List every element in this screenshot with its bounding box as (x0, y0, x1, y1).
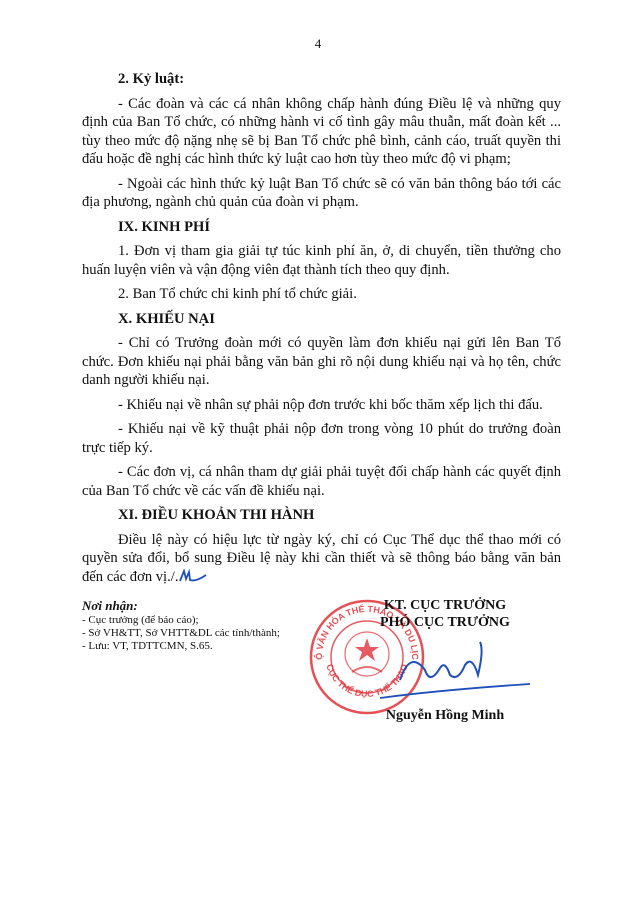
paragraph: - Các đoàn và các cá nhân không chấp hàn… (82, 95, 561, 169)
initials-signature-icon (178, 569, 208, 583)
section-heading-funding: IX. KINH PHÍ (82, 218, 561, 237)
recipient-item: - Sở VH&TT, Sở VHTT&DL các tỉnh/thành; (82, 627, 282, 640)
document-page: 4 2. Kỷ luật: - Các đoàn và các cá nhân … (0, 0, 636, 900)
page-number: 4 (0, 36, 636, 52)
section-heading-complaints: X. KHIẾU NẠI (82, 310, 561, 329)
recipients-block: Nơi nhận: - Cục trưởng (để báo cáo); - S… (82, 598, 282, 653)
paragraph: - Các đơn vị, cá nhân tham dự giải phải … (82, 463, 561, 500)
signer-title: KT. CỤC TRƯỞNG PHÓ CỤC TRƯỞNG (330, 597, 560, 631)
signer-line-1: KT. CỤC TRƯỞNG (330, 597, 560, 614)
paragraph-text: Điều lệ này có hiệu lực từ ngày ký, chỉ … (82, 532, 561, 585)
document-body: 2. Kỷ luật: - Các đoàn và các cá nhân kh… (82, 70, 561, 592)
paragraph: - Ngoài các hình thức kỷ luật Ban Tổ chứ… (82, 175, 561, 212)
paragraph-with-initials: Điều lệ này có hiệu lực từ ngày ký, chỉ … (82, 531, 561, 587)
paragraph: - Chỉ có Trưởng đoàn mới có quyền làm đơ… (82, 334, 561, 390)
recipient-item: - Cục trưởng (để báo cáo); (82, 614, 282, 627)
recipient-item: - Lưu: VT, TDTTCMN, S.65. (82, 640, 282, 653)
paragraph: - Khiếu nại về kỹ thuật phải nộp đơn tro… (82, 420, 561, 457)
paragraph: 2. Ban Tổ chức chi kinh phí tổ chức giải… (82, 285, 561, 304)
paragraph: - Khiếu nại về nhân sự phải nộp đơn trướ… (82, 396, 561, 415)
paragraph: 1. Đơn vị tham gia giải tự túc kinh phí … (82, 242, 561, 279)
recipients-title: Nơi nhận: (82, 598, 282, 614)
section-heading-discipline: 2. Kỷ luật: (82, 70, 561, 89)
handwritten-signature-icon (380, 640, 540, 700)
signer-name: Nguyễn Hồng Minh (330, 708, 560, 724)
section-heading-enforcement: XI. ĐIỀU KHOẢN THI HÀNH (82, 506, 561, 525)
signer-line-2: PHÓ CỤC TRƯỞNG (330, 614, 560, 631)
